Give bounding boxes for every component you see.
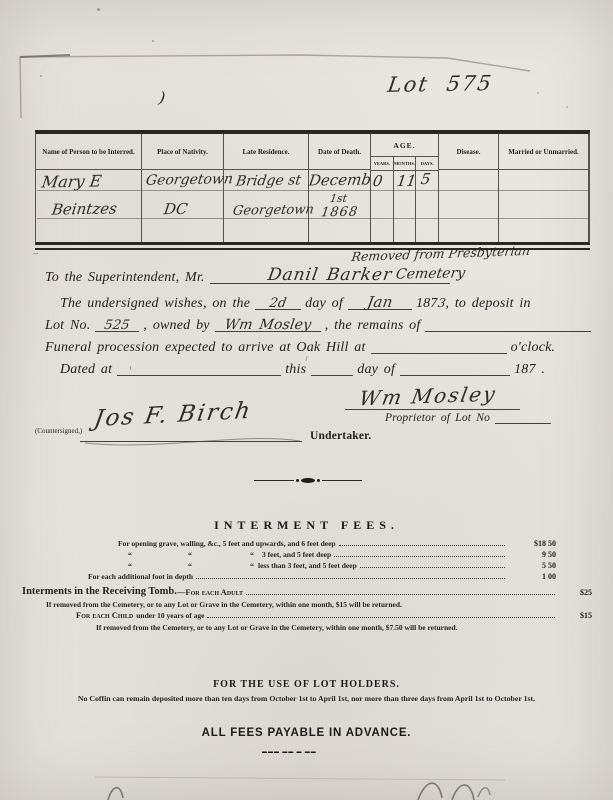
column-header-nativity: Place of Nativity.: [142, 134, 223, 170]
tomb-child-amount: $15: [558, 611, 592, 620]
undersigned-lead: The undersigned wishes, on the: [60, 296, 250, 311]
proprietor-lot-blank: [495, 412, 551, 424]
dot-leader: [196, 578, 505, 579]
ditto-mark: “: [128, 562, 132, 571]
signature-underline: [345, 408, 520, 410]
subheader-days: DAYS.: [416, 157, 438, 170]
oclock-label: o'clock.: [511, 340, 556, 355]
column-header-residence: Late Residence.: [224, 134, 308, 170]
fee-row: “ “ “ less than 3 feet, and 5 feet deep …: [62, 562, 556, 570]
lot-holders-body: No Coffin can remain deposited more than…: [16, 694, 597, 703]
lot-holders-heading: FOR THE USE OF LOT HOLDERS.: [0, 679, 613, 690]
section-divider-ornament: [254, 478, 362, 483]
fee-row: For each additional foot in depth 1 00: [62, 573, 556, 581]
fee-text: For each additional foot in depth: [62, 572, 193, 581]
entry-name-line1: Mary E: [41, 171, 103, 191]
undertaker-underline: [80, 440, 302, 442]
funeral-label: Funeral procession expected to arrive at…: [45, 340, 366, 355]
adult-refund-note: If removed from the Cemetery, or to any …: [22, 600, 592, 609]
subheader-years: YEARS.: [371, 157, 394, 170]
funeral-line: Funeral procession expected to arrive at…: [45, 340, 555, 356]
column-header-name: Name of Person to be Interred.: [36, 134, 141, 170]
column-header-death-date: Date of Death.: [309, 134, 370, 170]
proprietor-label: Proprietor of Lot No: [385, 412, 490, 424]
lot-number-annotation: Lot 575: [386, 71, 494, 97]
remains-of-label: , the remains of: [325, 318, 421, 333]
cutoff-handwriting-stroke: [418, 783, 442, 800]
column-header-disease: Disease.: [439, 134, 498, 170]
dot-leader: [207, 617, 555, 618]
fees-advance-notice: ALL FEES PAYABLE IN ADVANCE.: [0, 727, 613, 739]
dated-month-blank: [400, 362, 510, 376]
this-label: this: [285, 362, 306, 377]
entry-age-years: 0: [372, 172, 384, 190]
day-blank: 2d: [255, 296, 301, 310]
time-blank: [371, 340, 507, 354]
month-handwritten: Jan: [366, 293, 394, 311]
cutoff-handwriting-stroke: [452, 785, 474, 800]
cutoff-handwriting-stroke: [478, 788, 490, 797]
owner-handwritten: Wm Mosley: [223, 317, 312, 333]
row-rule: [37, 190, 588, 191]
dated-year-label: 187 .: [514, 362, 545, 377]
dated-line: Dated atthisday of187 .: [60, 362, 545, 378]
day-handwritten: 2d: [268, 296, 287, 311]
entry-residence-line2: Georgetown: [232, 202, 315, 218]
cutoff-handwriting-stroke: [108, 788, 123, 800]
dot-leader: [246, 594, 555, 595]
tomb-adult-amount: $25: [558, 588, 592, 597]
tomb-child-row: For each Child under 10 years of age $15: [22, 612, 592, 620]
fee-amount: $18 50: [508, 539, 556, 548]
entry-death-year: 1868: [320, 205, 359, 221]
child-refund-note: If removed from the Cemetery, or to any …: [22, 623, 592, 632]
ditto-mark: “: [250, 551, 254, 560]
day-of-label: day of: [305, 296, 343, 311]
dated-at-label: Dated at: [60, 362, 112, 377]
column-header-married: Married or Unmarried.: [499, 134, 588, 170]
tomb-child-rest: under 10 years of age: [136, 611, 204, 620]
age-subheaders: YEARS. MONTHS. DAYS.: [371, 157, 438, 171]
column-header-age: AGE.: [371, 134, 438, 157]
ditto-mark: “: [128, 551, 132, 560]
lot-no-blank: 525: [95, 318, 139, 332]
lot-no-label: Lot No.: [45, 318, 90, 333]
tomb-adult-label: —For each Adult: [177, 587, 243, 597]
entry-death-day: 1st: [329, 192, 348, 205]
receiving-tomb-section: Interments in the Receiving Tomb. —For e…: [22, 586, 592, 632]
fee-text: 3 feet, and 5 feet deep: [262, 550, 331, 559]
lot-no-handwritten: 525: [104, 318, 132, 333]
subheader-months: MONTHS.: [394, 157, 417, 170]
proprietor-signature-handwritten: Wm Mosley: [357, 382, 498, 411]
tomb-adult-row: Interments in the Receiving Tomb. —For e…: [22, 586, 592, 597]
remains-blank: [425, 318, 591, 332]
dot-leader: [334, 556, 505, 557]
superintendent-name-blank: Danil Barker: [210, 270, 450, 284]
row-rule: [37, 218, 588, 219]
fee-text: For opening grave, walling, &c., 5 feet …: [62, 539, 336, 548]
dated-place-blank: [117, 362, 281, 376]
scanned-interment-form: Lot 575 ) Name of Person to be Interred.…: [0, 0, 613, 800]
fee-text: less than 3 feet, and 5 feet deep: [258, 561, 357, 570]
dated-day-of-label: day of: [357, 362, 395, 377]
tomb-child-label: For each Child: [22, 610, 133, 620]
ditto-mark: “: [188, 551, 192, 560]
fee-schedule: For opening grave, walling, &c., 5 feet …: [62, 540, 556, 584]
fee-amount: 1 00: [508, 572, 556, 581]
column-married: Married or Unmarried.: [499, 134, 589, 242]
undertaker-label: Undertaker.: [310, 430, 372, 442]
ditto-mark: “: [250, 562, 254, 571]
proprietor-line: Proprietor of Lot No: [385, 412, 555, 424]
lot-line: Lot No.525, owned byWm Mosley, the remai…: [45, 318, 595, 334]
dot-leader: [339, 545, 505, 546]
superintendent-name-handwritten: Danil Barker: [266, 265, 393, 285]
fee-row: For opening grave, walling, &c., 5 feet …: [62, 540, 556, 548]
undersigned-line: The undersigned wishes, on the2dday ofJa…: [60, 296, 531, 312]
interment-fees-heading: INTERMENT FEES.: [0, 518, 613, 533]
owner-blank: Wm Mosley: [215, 318, 321, 332]
entry-residence-line1: Bridge st: [235, 172, 302, 189]
entry-nativity-line2: DC: [163, 200, 189, 218]
printer-imprint: ▬▬▬ ▬▬ ▬ ▬▬: [262, 750, 317, 755]
entry-age-months: 11: [396, 172, 418, 190]
year-printed: 187: [416, 296, 438, 311]
month-blank: Jan: [348, 296, 412, 310]
column-disease: Disease.: [439, 134, 499, 242]
owned-by-label: , owned by: [143, 318, 209, 333]
fee-row: “ “ “ 3 feet, and 5 feet deep 9 50: [62, 551, 556, 559]
tomb-lead: Interments in the Receiving Tomb.: [22, 586, 177, 597]
entry-nativity-line1: Georgetown: [145, 171, 234, 189]
superintendent-line: To the Superintendent, Mr.Danil Barker: [45, 270, 454, 286]
countersigned-label: (Countersigned,): [35, 427, 82, 435]
entry-death-month: Decemb: [308, 170, 373, 189]
ditto-mark: “: [188, 562, 192, 571]
fee-amount: 9 50: [508, 550, 556, 559]
superintendent-label: To the Superintendent, Mr.: [45, 270, 205, 285]
deposit-in-label: , to deposit in: [445, 296, 530, 311]
dated-day-blank: [311, 362, 353, 376]
entry-name-line2: Beintzes: [51, 199, 119, 218]
year-digit-handwritten: 3: [436, 296, 446, 310]
crease-line: [95, 777, 505, 780]
dot-leader: [360, 567, 505, 568]
fee-amount: 5 50: [508, 561, 556, 570]
